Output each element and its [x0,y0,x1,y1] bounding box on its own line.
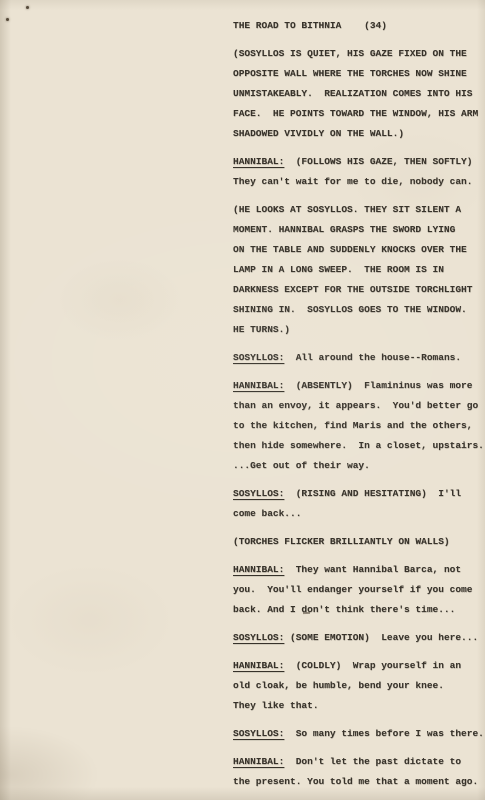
script-line: SHINING IN. SOSYLLOS GOES TO THE WINDOW. [233,300,485,320]
speaker-name: SOSYLLOS: [233,352,284,363]
script-line: ON THE TABLE AND SUDDENLY KNOCKS OVER TH… [233,240,485,260]
speaker-name: HANNIBAL: [233,380,284,391]
dialogue-text: (SOME EMOTION) Leave you here... [284,632,478,643]
script-text-column: THE ROAD TO BITHNIA (34)(SOSYLLOS IS QUI… [233,16,485,792]
script-line: HANNIBAL: (COLDLY) Wrap yourself in an [233,656,485,676]
script-line: HANNIBAL: (FOLLOWS HIS GAZE, THEN SOFTLY… [233,152,485,172]
script-line: come back... [233,504,485,524]
dialogue-text: (FOLLOWS HIS GAZE, THEN SOFTLY) [284,156,472,167]
dialogue-text: then hide somewhere. In a closet, upstai… [233,440,484,451]
script-line: than an envoy, it appears. You'd better … [233,396,485,416]
script-line: HANNIBAL: (ABSENTLY) Flamininus was more [233,376,485,396]
direction-text: FACE. HE POINTS TOWARD THE WINDOW, HIS A… [233,108,478,119]
page-title-line: THE ROAD TO BITHNIA (34) [233,16,485,36]
speaker-name: HANNIBAL: [233,756,284,767]
dialogue-text: They like that. [233,700,319,711]
script-line: MOMENT. HANNIBAL GRASPS THE SWORD LYING [233,220,485,240]
script-line: OPPOSITE WALL WHERE THE TORCHES NOW SHIN… [233,64,485,84]
script-line: the present. You told me that a moment a… [233,772,485,792]
title-text: THE ROAD TO BITHNIA (34) [233,20,387,31]
direction-text: HE TURNS.) [233,324,290,335]
dialogue-text: to the kitchen, find Maris and the other… [233,420,472,431]
script-line: LAMP IN A LONG SWEEP. THE ROOM IS IN [233,260,485,280]
stage-direction-block: (HE LOOKS AT SOSYLLOS. THEY SIT SILENT A… [233,200,485,340]
direction-text: LAMP IN A LONG SWEEP. THE ROOM IS IN [233,264,444,275]
script-line: SOSYLLOS: (RISING AND HESITATING) I'll [233,484,485,504]
speaker-name: HANNIBAL: [233,660,284,671]
dialogue-block: HANNIBAL: Don't let the past dictate tot… [233,752,485,792]
dialogue-text: old cloak, be humble, bend your knee. [233,680,444,691]
direction-text: UNMISTAKEABLY. REALIZATION COMES INTO HI… [233,88,472,99]
speaker-name: SOSYLLOS: [233,632,284,643]
script-line: SOSYLLOS: All around the house--Romans. [233,348,485,368]
script-line: HE TURNS.) [233,320,485,340]
direction-text: (HE LOOKS AT SOSYLLOS. THEY SIT SILENT A [233,204,461,215]
script-line: then hide somewhere. In a closet, upstai… [233,436,485,456]
dialogue-text: (COLDLY) Wrap yourself in an [284,660,461,671]
script-line: FACE. HE POINTS TOWARD THE WINDOW, HIS A… [233,104,485,124]
direction-text: SHADOWED VIVIDLY ON THE WALL.) [233,128,404,139]
direction-text: (TORCHES FLICKER BRILLIANTLY ON WALLS) [233,536,450,547]
script-line: SHADOWED VIVIDLY ON THE WALL.) [233,124,485,144]
dialogue-text: (RISING AND HESITATING) I'll [284,488,461,499]
dialogue-text: They can't wait for me to die, nobody ca… [233,176,472,187]
dialogue-block: SOSYLLOS: So many times before I was the… [233,724,485,744]
script-line: ...Get out of their way. [233,456,485,476]
script-line: old cloak, be humble, bend your knee. [233,676,485,696]
script-line: They like that. [233,696,485,716]
direction-text: OPPOSITE WALL WHERE THE TORCHES NOW SHIN… [233,68,467,79]
script-line: (SOSYLLOS IS QUIET, HIS GAZE FIXED ON TH… [233,44,485,64]
script-line: UNMISTAKEABLY. REALIZATION COMES INTO HI… [233,84,485,104]
dialogue-block: HANNIBAL: (COLDLY) Wrap yourself in anol… [233,656,485,716]
stage-direction-block: (SOSYLLOS IS QUIET, HIS GAZE FIXED ON TH… [233,44,485,144]
pinhole-speck [26,6,29,9]
script-line: to the kitchen, find Maris and the other… [233,416,485,436]
dialogue-block: HANNIBAL: (ABSENTLY) Flamininus was more… [233,376,485,476]
script-line: you. You'll endanger yourself if you com… [233,580,485,600]
speaker-name: HANNIBAL: [233,156,284,167]
script-line: THE ROAD TO BITHNIA (34) [233,16,485,36]
direction-text: ON THE TABLE AND SUDDENLY KNOCKS OVER TH… [233,244,467,255]
dialogue-text: All around the house--Romans. [284,352,461,363]
script-line: HANNIBAL: Don't let the past dictate to [233,752,485,772]
dialogue-block: SOSYLLOS: (RISING AND HESITATING) I'llco… [233,484,485,524]
dialogue-text: come back... [233,508,301,519]
script-line: HANNIBAL: They want Hannibal Barca, not [233,560,485,580]
script-line: DARKNESS EXCEPT FOR THE OUTSIDE TORCHLIG… [233,280,485,300]
script-line: (HE LOOKS AT SOSYLLOS. THEY SIT SILENT A [233,200,485,220]
dialogue-block: HANNIBAL: (FOLLOWS HIS GAZE, THEN SOFTLY… [233,152,485,192]
dialogue-block: SOSYLLOS: (SOME EMOTION) Leave you here.… [233,628,485,648]
dialogue-text: They want Hannibal Barca, not [284,564,461,575]
dialogue-text: Don't let the past dictate to [284,756,461,767]
dialogue-block: SOSYLLOS: All around the house--Romans. [233,348,485,368]
script-line: back. And I don't think there's time... [233,600,485,620]
speaker-name: SOSYLLOS: [233,728,284,739]
stage-direction-block: (TORCHES FLICKER BRILLIANTLY ON WALLS) [233,532,485,552]
speaker-name: SOSYLLOS: [233,488,284,499]
script-line: SOSYLLOS: So many times before I was the… [233,724,485,744]
dialogue-text: than an envoy, it appears. You'd better … [233,400,478,411]
dialogue-text: you. You'll endanger yourself if you com… [233,584,472,595]
dialogue-text: ...Get out of their way. [233,460,370,471]
dialogue-text: So many times before I was there. [284,728,484,739]
dialogue-text: the present. You told me that a moment a… [233,776,478,787]
direction-text: (SOSYLLOS IS QUIET, HIS GAZE FIXED ON TH… [233,48,467,59]
direction-text: MOMENT. HANNIBAL GRASPS THE SWORD LYING [233,224,455,235]
scanned-script-page: THE ROAD TO BITHNIA (34)(SOSYLLOS IS QUI… [0,0,485,800]
direction-text: DARKNESS EXCEPT FOR THE OUTSIDE TORCHLIG… [233,284,472,295]
script-line: They can't wait for me to die, nobody ca… [233,172,485,192]
speaker-name: HANNIBAL: [233,564,284,575]
script-line: SOSYLLOS: (SOME EMOTION) Leave you here.… [233,628,485,648]
pinhole-speck [6,18,9,21]
dialogue-block: HANNIBAL: They want Hannibal Barca, noty… [233,560,485,620]
dialogue-text: back. And I don't think there's time... [233,604,455,615]
dialogue-text: (ABSENTLY) Flamininus was more [284,380,472,391]
script-line: (TORCHES FLICKER BRILLIANTLY ON WALLS) [233,532,485,552]
direction-text: SHINING IN. SOSYLLOS GOES TO THE WINDOW. [233,304,467,315]
